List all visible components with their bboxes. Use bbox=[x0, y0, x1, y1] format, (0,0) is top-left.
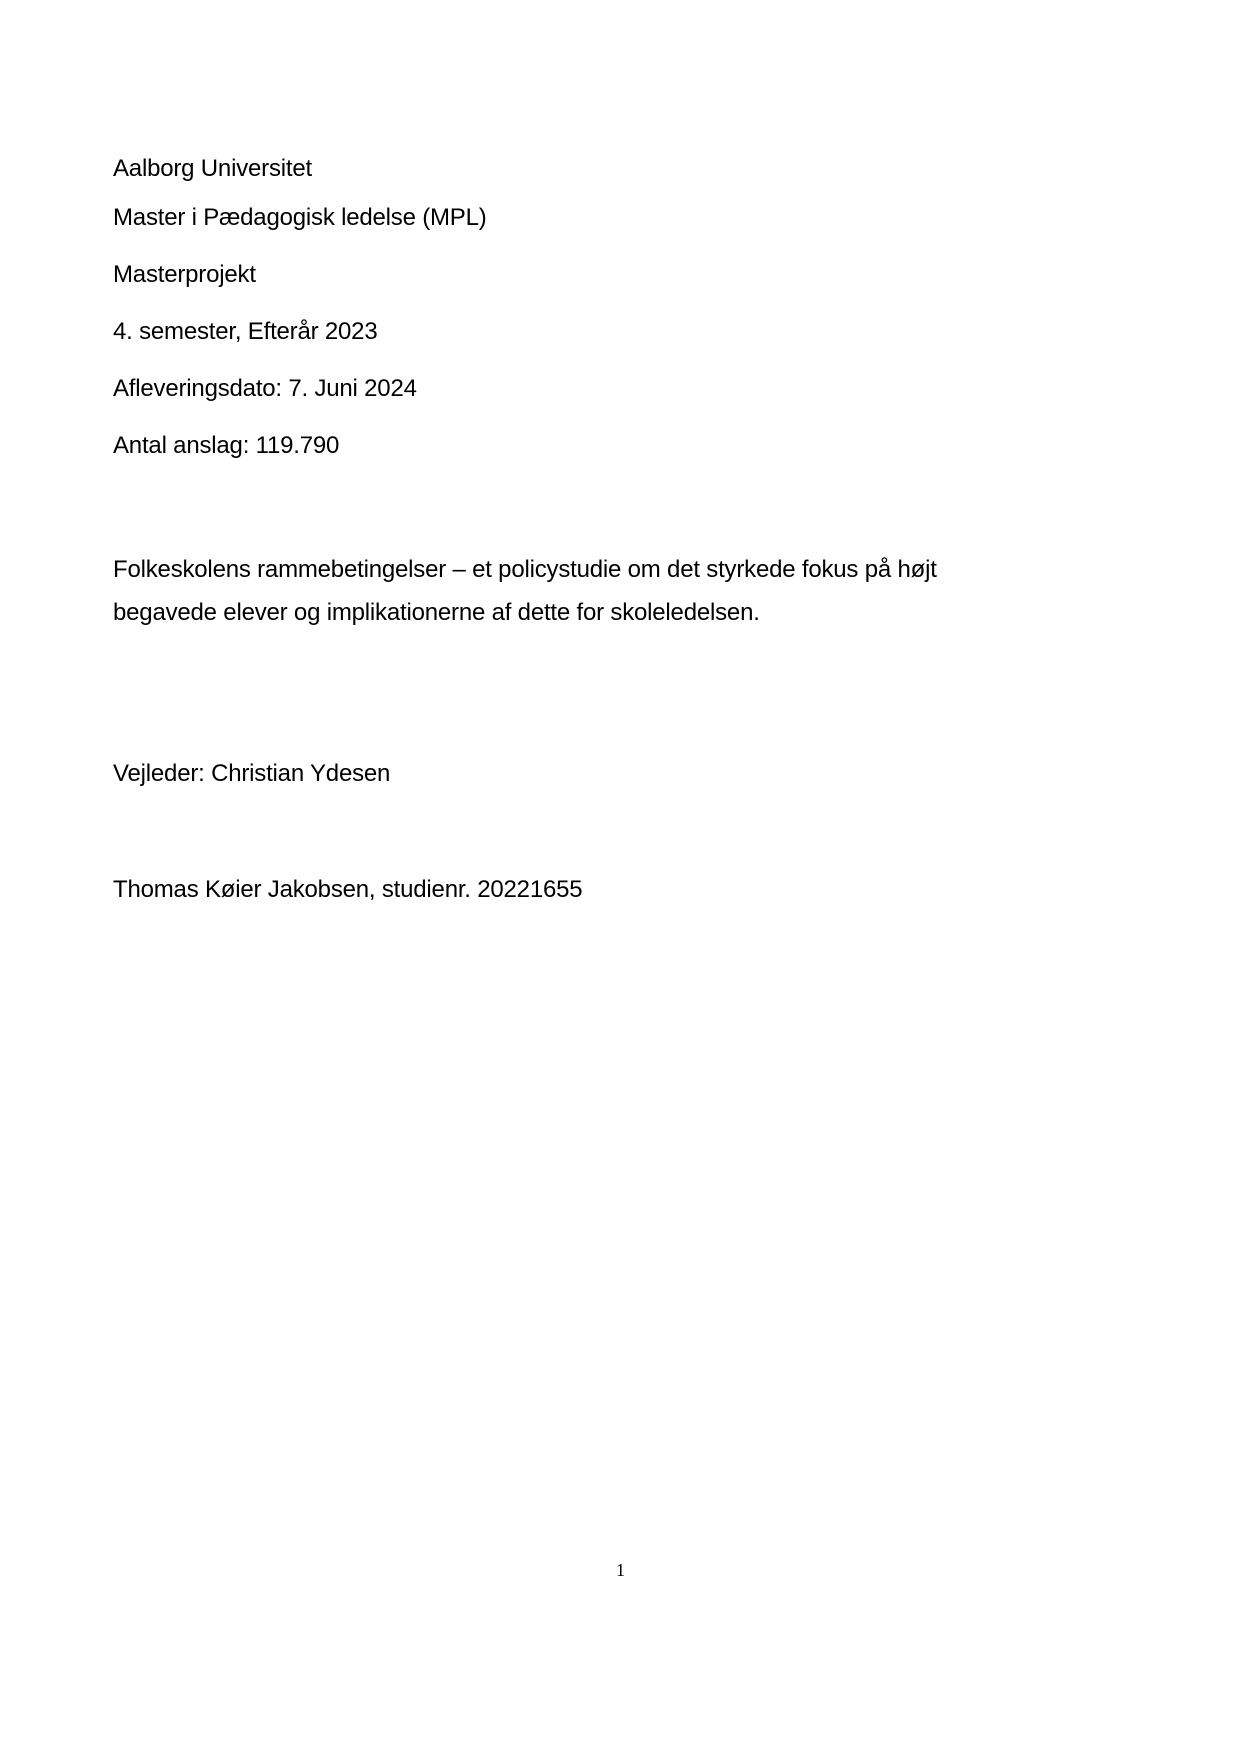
project-type: Masterprojekt bbox=[113, 261, 256, 289]
character-count: Antal anslag: 119.790 bbox=[113, 432, 339, 460]
semester: 4. semester, Efterår 2023 bbox=[113, 318, 377, 346]
submission-date: Afleveringsdato: 7. Juni 2024 bbox=[113, 375, 417, 403]
program-name: Master i Pædagogisk ledelse (MPL) bbox=[113, 204, 487, 232]
thesis-title: Folkeskolens rammebetingelser – et polic… bbox=[113, 548, 1113, 634]
university-name: Aalborg Universitet bbox=[113, 155, 312, 183]
thesis-title-line: Folkeskolens rammebetingelser – et polic… bbox=[113, 548, 1113, 591]
page-number: 1 bbox=[0, 1560, 1241, 1581]
author: Thomas Køier Jakobsen, studienr. 2022165… bbox=[113, 876, 582, 904]
document-page: Aalborg Universitet Master i Pædagogisk … bbox=[0, 0, 1241, 1754]
thesis-title-line: begavede elever og implikationerne af de… bbox=[113, 591, 1113, 634]
supervisor: Vejleder: Christian Ydesen bbox=[113, 760, 390, 788]
